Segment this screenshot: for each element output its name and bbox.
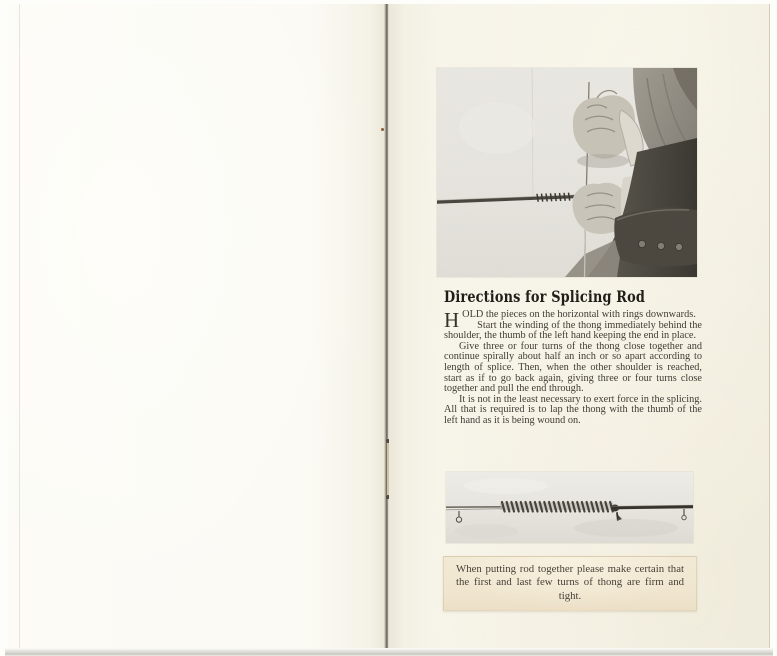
paragraph-intro: HOLD the pieces on the horizontal with r… bbox=[444, 310, 702, 321]
page-title: Directions for Splicing Rod bbox=[444, 287, 693, 307]
drop-cap: H bbox=[444, 310, 462, 330]
paragraph: Give three or four turns of the thong cl… bbox=[444, 342, 702, 395]
paragraph: Start the winding of the thong immediate… bbox=[444, 321, 702, 342]
photo-grain bbox=[446, 472, 693, 543]
photo-hands-winding-thong bbox=[437, 68, 697, 277]
page-edge-line bbox=[19, 4, 20, 648]
photo-splice-closeup bbox=[446, 472, 693, 543]
scanned-booklet-spread: Directions for Splicing Rod HOLD the pie… bbox=[0, 0, 777, 656]
photo-grain bbox=[437, 68, 697, 277]
right-page: Directions for Splicing Rod HOLD the pie… bbox=[389, 4, 770, 648]
body-text: HOLD the pieces on the horizontal with r… bbox=[444, 310, 702, 427]
stitch-dot bbox=[381, 128, 384, 131]
note-slip: When putting rod together please make ce… bbox=[443, 556, 697, 611]
intro-text: OLD the pieces on the horizontal with ri… bbox=[462, 309, 696, 320]
scan-bottom-shadow bbox=[5, 648, 773, 656]
paragraph: It is not in the least necessary to exer… bbox=[444, 395, 702, 427]
left-page-blank bbox=[8, 4, 385, 648]
